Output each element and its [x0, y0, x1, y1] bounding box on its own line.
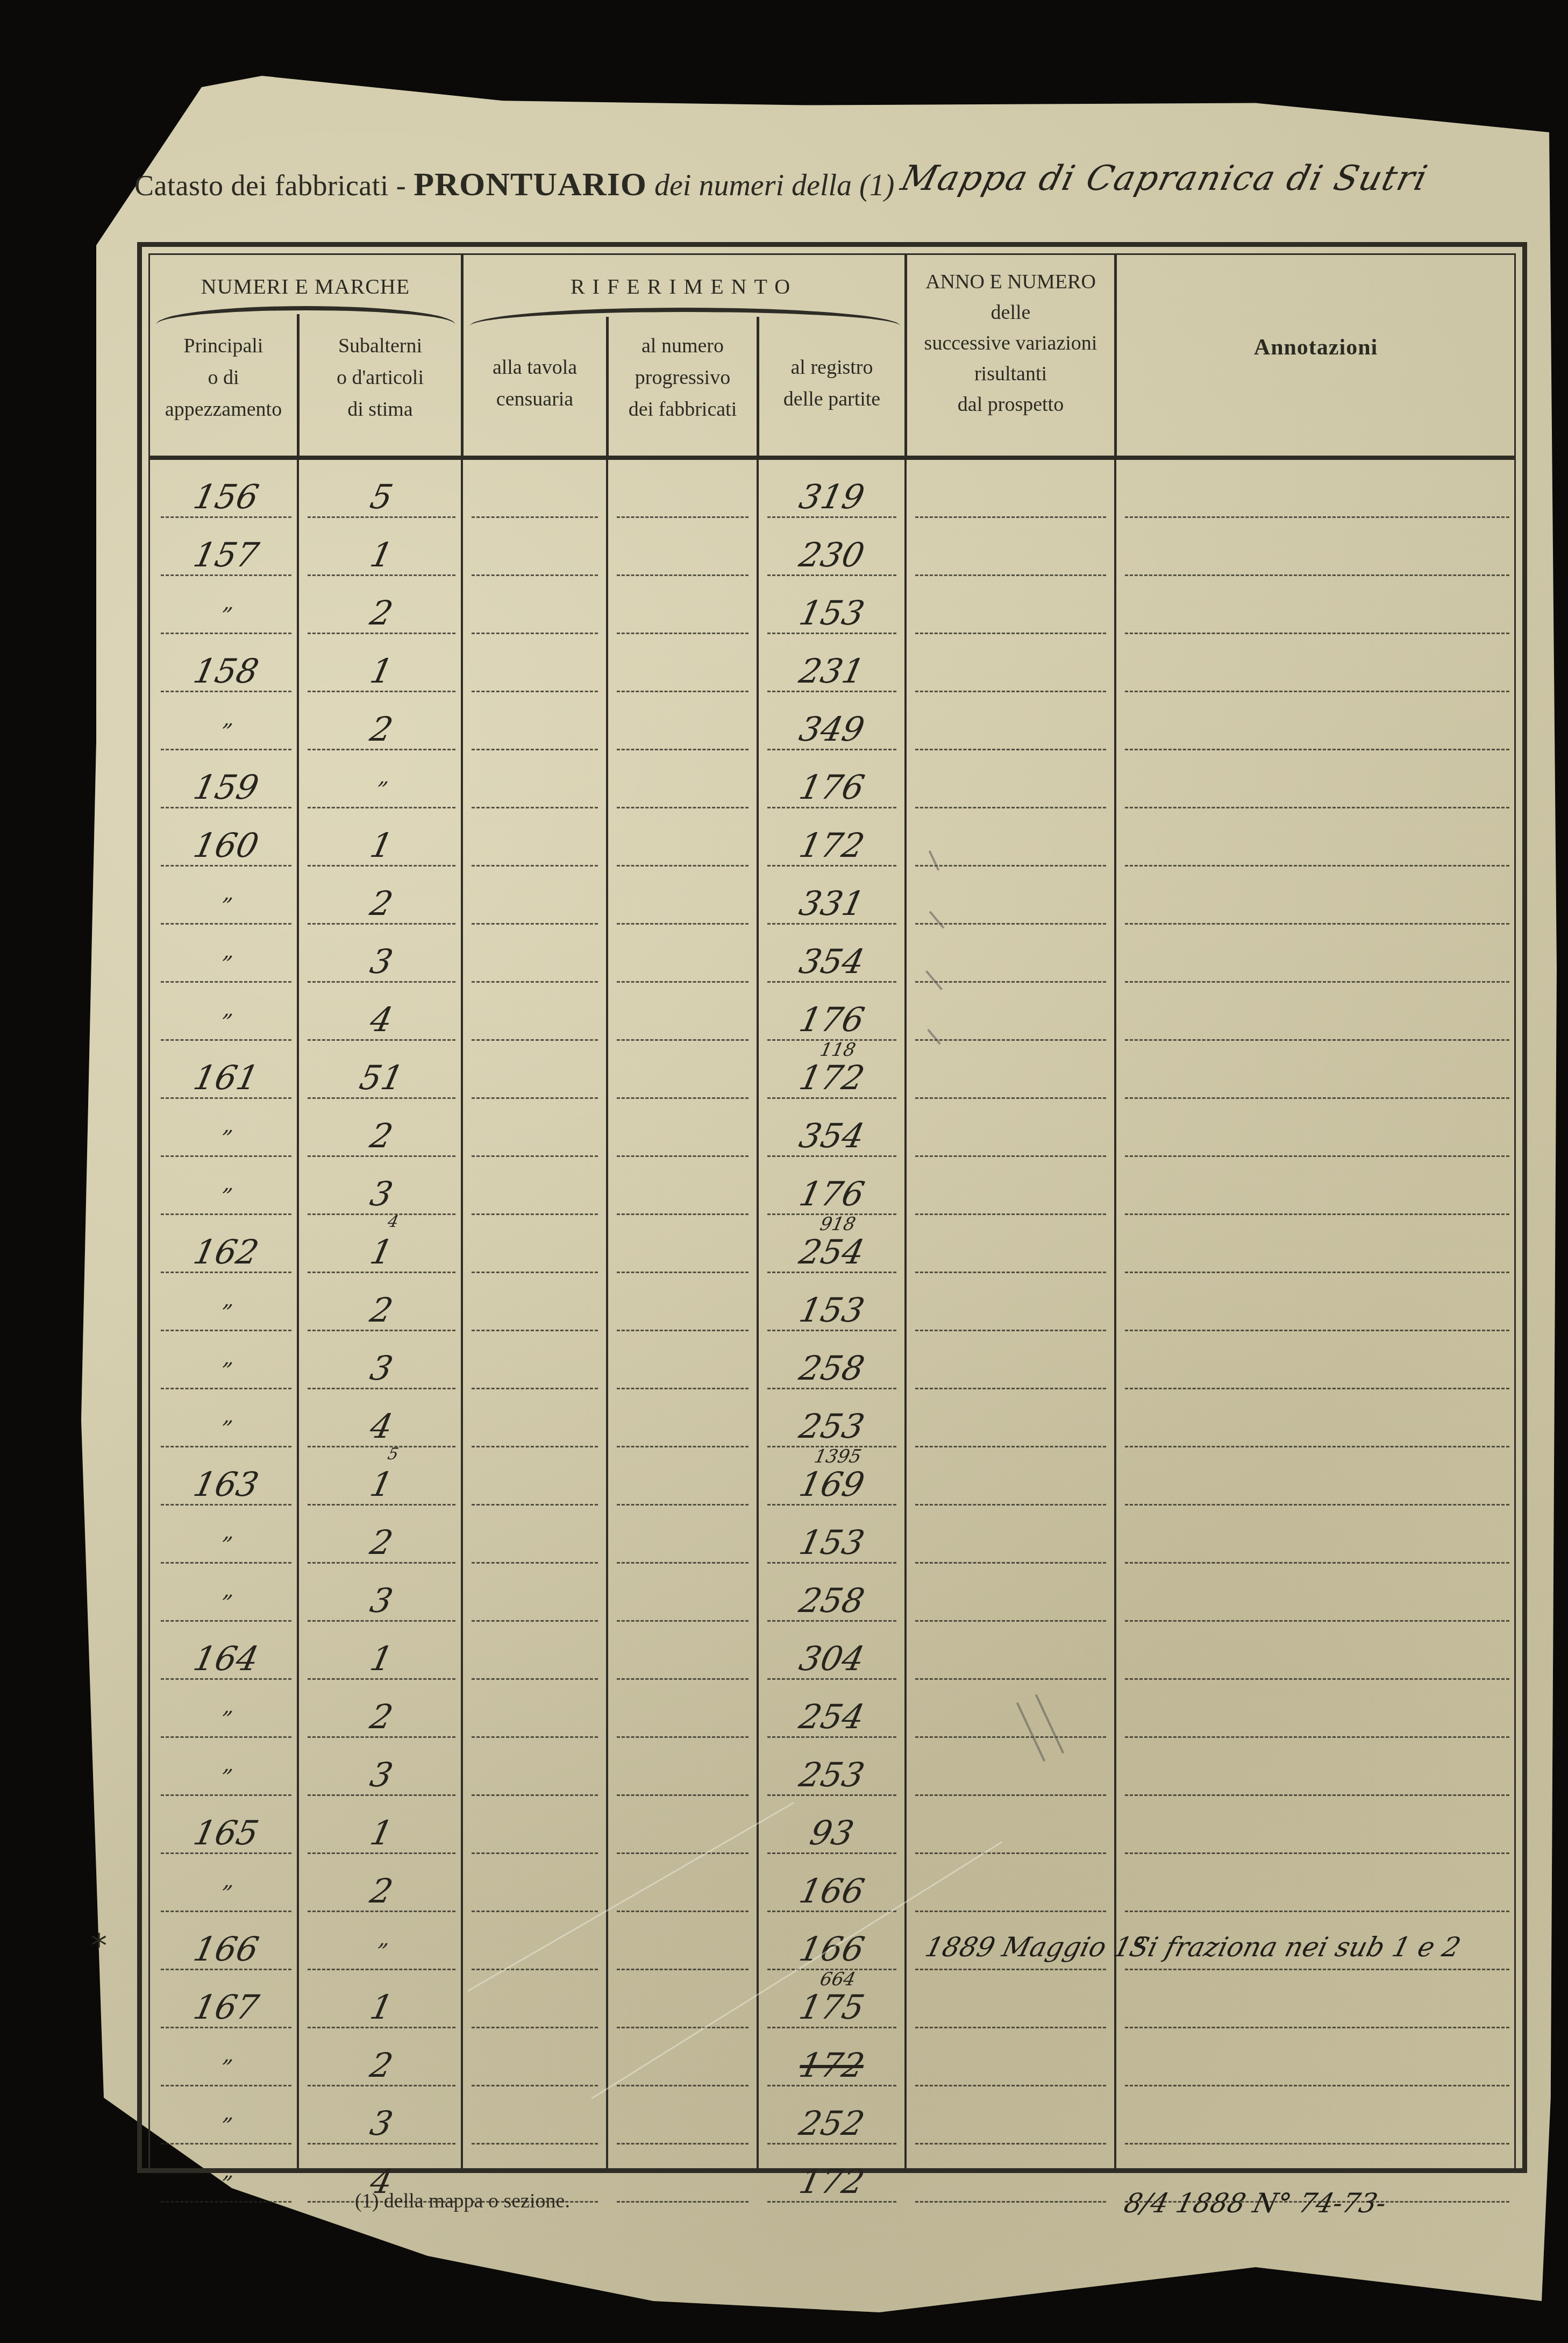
- table-row: ”2349: [150, 692, 1514, 750]
- cell-subalterno: 14: [298, 1236, 464, 1269]
- group-numeri-e-marche: NUMERI E MARCHE: [150, 270, 461, 303]
- col-tavola-header: alla tavola censuaria: [464, 352, 606, 415]
- table-row: 1641304: [150, 1622, 1514, 1680]
- table-row: ”3258: [150, 1564, 1514, 1622]
- table-row: 166”166*1889 Maggio 1°Si fraziona nei su…: [150, 1912, 1514, 1970]
- row-rule: [161, 2201, 291, 2203]
- cell-annotazione: 8/4 1888 N° 74-73-: [1121, 2188, 1390, 2219]
- row-rule: [915, 2201, 1106, 2203]
- cell-registro: 172: [758, 829, 905, 862]
- cell-registro: 354: [758, 945, 905, 978]
- table-inner-frame: NUMERI E MARCHE RIFERIMENTO Principali o…: [148, 253, 1516, 2168]
- cell-principale: ”: [153, 1302, 300, 1324]
- cell-registro: 254918: [758, 1236, 905, 1269]
- cell-anno-variazione: 1889 Maggio 1°: [922, 1932, 1149, 1963]
- cell-registro: 252: [758, 2107, 905, 2140]
- col-annotazioni-header: Annotazioni: [1117, 330, 1515, 365]
- table-row: 1571230: [150, 518, 1514, 576]
- table-row: 1565319: [150, 460, 1514, 518]
- table-row: ”2166: [150, 1854, 1514, 1912]
- cell-registro: 176: [758, 771, 905, 804]
- cell-registro: 166: [758, 1933, 905, 1966]
- cell-registro: 172: [758, 2165, 905, 2198]
- title-suffix: dei numeri della (1): [647, 169, 894, 202]
- cell-subalterno-note: 5: [386, 1446, 400, 1462]
- cell-registro: 175664: [758, 1991, 905, 2024]
- table-row: ”2153: [150, 1273, 1514, 1331]
- cell-principale: 157: [152, 538, 300, 572]
- table-row: ”3176: [150, 1157, 1514, 1215]
- cell-registro: 319: [758, 480, 905, 514]
- table-row: 1601172: [150, 808, 1514, 867]
- table-row: ”2354: [150, 1099, 1514, 1157]
- cell-annotazione: Si fraziona nei sub 1 e 2: [1127, 1932, 1464, 1963]
- cell-registro: 354: [758, 1119, 905, 1153]
- table-header: NUMERI E MARCHE RIFERIMENTO Principali o…: [150, 255, 1514, 460]
- cell-subalterno: 3: [298, 1177, 464, 1211]
- group-riferimento: RIFERIMENTO: [464, 270, 904, 303]
- cell-principale: 159: [152, 771, 300, 804]
- col-registro-header: al registro delle partite: [759, 352, 904, 415]
- cell-registro: 172118: [758, 1061, 905, 1095]
- table-row: 16214254918: [150, 1215, 1514, 1273]
- brace-riferimento: [470, 308, 900, 326]
- cell-principale: 160: [152, 829, 300, 862]
- cell-subalterno: 3: [298, 1352, 464, 1385]
- cell-principale: ”: [153, 1883, 300, 1905]
- cell-registro: 231: [758, 655, 905, 688]
- cell-principale: 166: [152, 1933, 300, 1966]
- cell-principale: 165: [152, 1816, 300, 1850]
- cell-registro: 254: [758, 1700, 905, 1734]
- table-row: 165193: [150, 1796, 1514, 1854]
- cell-registro: 176: [758, 1003, 905, 1036]
- cell-subalterno: 15: [298, 1468, 464, 1501]
- cell-subalterno: ”: [300, 779, 464, 801]
- cell-registro-note: 664: [766, 1970, 909, 1989]
- cell-registro-note: 918: [766, 1215, 909, 1233]
- cell-subalterno: 1: [298, 829, 464, 862]
- row-marker-asterisk: *: [91, 1927, 107, 1965]
- cell-registro: 93: [758, 1816, 905, 1850]
- cell-subalterno: 1: [298, 1816, 464, 1850]
- cell-principale: ”: [153, 2057, 300, 2079]
- cell-principale: ”: [153, 954, 300, 975]
- cell-principale: ”: [153, 1360, 300, 1382]
- cell-registro: 176: [758, 1177, 905, 1211]
- cell-subalterno-note: 4: [386, 1214, 400, 1230]
- cell-registro-note: 1395: [766, 1447, 909, 1466]
- footer-footnote: (1) della mappa o sezione.: [355, 2189, 570, 2213]
- table-row: ”3258: [150, 1331, 1514, 1389]
- cell-principale: ”: [153, 1535, 300, 1556]
- cell-principale: ”: [153, 721, 300, 743]
- cell-subalterno: 2: [298, 1875, 464, 1908]
- register-table: NUMERI E MARCHE RIFERIMENTO Principali o…: [137, 242, 1527, 2173]
- cell-principale: 156: [152, 480, 300, 514]
- cell-registro: 153: [758, 597, 905, 630]
- col-subalterni-header: Subalterni o d'articoli di stima: [300, 330, 461, 425]
- cell-principale: ”: [153, 2174, 300, 2195]
- cell-registro: 172: [758, 2049, 905, 2082]
- cell-principale: 164: [152, 1642, 300, 1675]
- cell-registro: 258: [758, 1584, 905, 1617]
- cell-registro: 304: [758, 1642, 905, 1675]
- cell-principale: 161: [152, 1061, 300, 1095]
- table-row: ”2331: [150, 867, 1514, 925]
- cell-subalterno: 2: [298, 1119, 464, 1153]
- table-row: 1581231: [150, 634, 1514, 692]
- cell-subalterno: 2: [298, 1700, 464, 1734]
- cell-registro: 153: [758, 1526, 905, 1559]
- table-row: ”3354: [150, 925, 1514, 983]
- brace-numeri-e-marche: [156, 306, 455, 324]
- cell-subalterno: 3: [298, 1584, 464, 1617]
- cell-registro: 253: [758, 1410, 905, 1443]
- cell-principale: 158: [152, 655, 300, 688]
- col-anno-numero-header: ANNO E NUMERO delle successive variazion…: [907, 267, 1114, 420]
- cell-registro: 253: [758, 1758, 905, 1792]
- cell-registro-note: 118: [766, 1041, 909, 1059]
- cell-principale: ”: [153, 896, 300, 917]
- cell-principale: ”: [153, 1128, 300, 1149]
- cell-subalterno: 2: [298, 887, 464, 920]
- table-row: 1671175664: [150, 1970, 1514, 2028]
- cell-subalterno: 2: [298, 1526, 464, 1559]
- cell-subalterno: 51: [298, 1061, 464, 1095]
- cell-subalterno: 4: [298, 1003, 464, 1036]
- cell-subalterno: 1: [298, 538, 464, 572]
- cell-registro: 166: [758, 1875, 905, 1908]
- table-row: 16151172118: [150, 1041, 1514, 1099]
- cell-subalterno: 1: [298, 655, 464, 688]
- cell-principale: ”: [153, 1418, 300, 1440]
- col-principali-header: Principali o di appezzamento: [150, 330, 297, 425]
- col-progressivo-header: al numero progressivo dei fabbricati: [609, 330, 757, 425]
- page-title: Catasto dei fabbricati - PRONTUARIO dei …: [134, 164, 1426, 204]
- cell-principale: 162: [152, 1236, 300, 1269]
- cell-principale: ”: [153, 1012, 300, 1033]
- cell-principale: 163: [152, 1468, 300, 1501]
- cell-subalterno: 3: [298, 1758, 464, 1792]
- cell-principale: ”: [153, 1767, 300, 1788]
- table-row: 159”176: [150, 750, 1514, 808]
- cell-registro: 230: [758, 538, 905, 572]
- cell-subalterno: 3: [298, 2107, 464, 2140]
- table-row: ”4253: [150, 1389, 1514, 1447]
- cell-principale: ”: [153, 1186, 300, 1208]
- cell-subalterno: 4: [298, 1410, 464, 1443]
- cell-subalterno: 1: [298, 1642, 464, 1675]
- cell-principale: ”: [153, 2115, 300, 2137]
- cell-principale: 167: [152, 1991, 300, 2024]
- title-prefix: Catasto dei fabbricati -: [134, 169, 414, 202]
- cell-registro: 349: [758, 713, 905, 746]
- cell-subalterno: 3: [298, 945, 464, 978]
- cell-registro: 258: [758, 1352, 905, 1385]
- cell-subalterno: 1: [298, 1991, 464, 2024]
- cell-principale: ”: [153, 605, 300, 627]
- table-row: ”4176: [150, 983, 1514, 1041]
- cell-registro: 331: [758, 887, 905, 920]
- cell-principale: ”: [153, 1593, 300, 1614]
- table-row: ”2153: [150, 1506, 1514, 1564]
- cell-subalterno: 2: [298, 2049, 464, 2082]
- title-main: PRONTUARIO: [414, 166, 647, 203]
- cell-subalterno: 2: [298, 597, 464, 630]
- table-row: ”2172: [150, 2028, 1514, 2086]
- table-row: ”3253: [150, 1738, 1514, 1796]
- table-row: ”3252: [150, 2086, 1514, 2145]
- table-row: ”2153: [150, 576, 1514, 634]
- title-handwritten-map-name: Mappa di Capranica di Sutri: [897, 159, 1432, 198]
- cell-subalterno: 5: [298, 480, 464, 514]
- cell-subalterno: 2: [298, 713, 464, 746]
- row-rule: [617, 2201, 749, 2203]
- table-row: 163151691395: [150, 1447, 1514, 1506]
- cell-registro: 1691395: [758, 1468, 905, 1501]
- cell-principale: ”: [153, 1709, 300, 1730]
- cell-registro: 153: [758, 1294, 905, 1327]
- cell-subalterno: 2: [298, 1294, 464, 1327]
- table-row: ”2254: [150, 1680, 1514, 1738]
- row-rule: [767, 2201, 896, 2203]
- table-body: 15653191571230”21531581231”2349159”17616…: [150, 460, 1514, 2168]
- cell-subalterno: ”: [300, 1941, 464, 1963]
